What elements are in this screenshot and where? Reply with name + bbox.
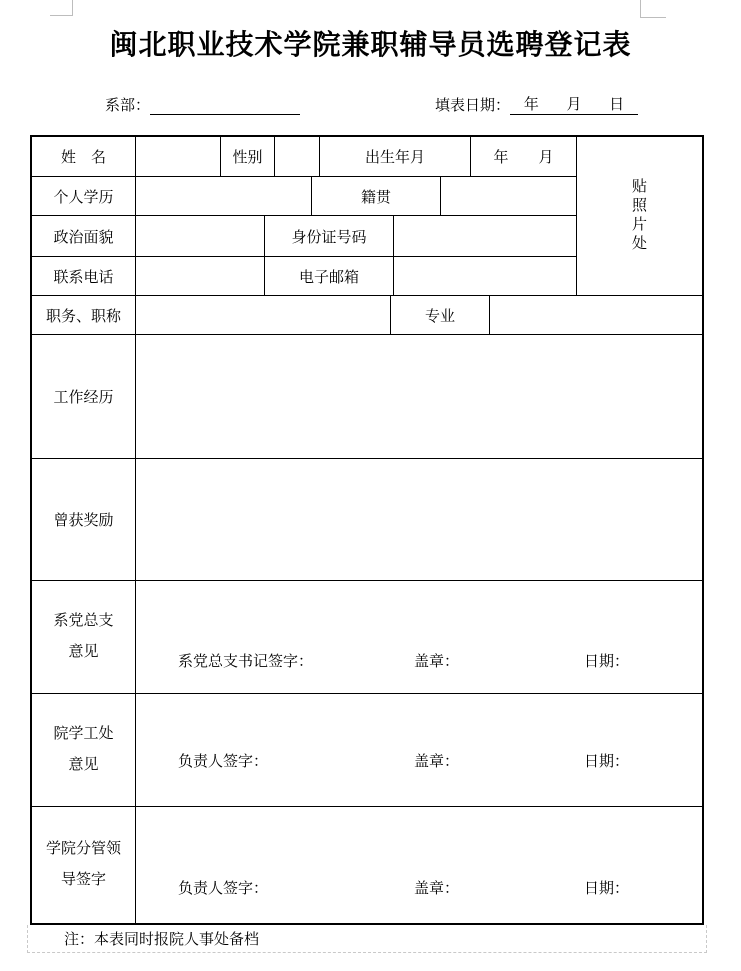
college-leader-sign-label-cell: 学院分管领 导签字 bbox=[32, 807, 135, 923]
id-number-input-cell[interactable] bbox=[393, 216, 576, 256]
page-margin-mark-left bbox=[50, 0, 73, 16]
page: { "title": "闽北职业技术学院兼职辅导员选聘登记表", "header… bbox=[0, 0, 741, 971]
gender-label: 性别 bbox=[220, 137, 274, 176]
form-table: 姓 名 性别 出生年月 年 月 个人学历 籍贯 政治面貌 bbox=[30, 135, 704, 925]
position-title-label: 职务、职称 bbox=[32, 296, 135, 334]
college-leader-sign-cell[interactable]: 负责人签字： 盖章： 日期： bbox=[135, 807, 702, 923]
college-leader-seal-label: 盖章： bbox=[414, 877, 459, 898]
college-leader-date-label: 日期： bbox=[584, 877, 629, 898]
form-header: 系部： 填表日期： 年 月 日 bbox=[0, 94, 741, 118]
dept-party-opinion-label: 系党总支 意见 bbox=[32, 581, 135, 693]
education-input-cell[interactable] bbox=[135, 177, 311, 215]
work-history-input-cell[interactable] bbox=[135, 335, 702, 458]
day-unit-label: 日 bbox=[609, 93, 624, 114]
education-label: 个人学历 bbox=[32, 177, 135, 215]
birth-label: 出生年月 bbox=[319, 137, 470, 176]
hometown-label: 籍贯 bbox=[311, 177, 440, 215]
political-status-label: 政治面貌 bbox=[32, 216, 135, 256]
fill-date-label: 填表日期： bbox=[435, 94, 510, 115]
gender-input-cell[interactable] bbox=[274, 137, 319, 176]
college-leader-sign-label: 负责人签字： bbox=[178, 877, 268, 898]
birth-year-unit: 年 bbox=[493, 146, 508, 167]
department-blank-field[interactable] bbox=[150, 94, 300, 115]
birth-input-cell[interactable]: 年 月 bbox=[470, 137, 576, 176]
email-input-cell[interactable] bbox=[393, 257, 576, 295]
major-label: 专业 bbox=[390, 296, 489, 334]
awards-input-cell[interactable] bbox=[135, 459, 702, 580]
form-title: 闽北职业技术学院兼职辅导员选聘登记表 bbox=[0, 26, 741, 66]
department-label: 系部： bbox=[105, 94, 150, 115]
student-affairs-opinion-cell[interactable]: 负责人签字： 盖章： 日期： bbox=[135, 694, 702, 806]
name-label: 姓 名 bbox=[32, 137, 135, 176]
dept-party-sign-label: 系党总支书记签字： bbox=[178, 650, 313, 671]
fill-date-blank-field[interactable]: 年 月 日 bbox=[510, 94, 638, 115]
name-input-cell[interactable] bbox=[135, 137, 220, 176]
id-number-label: 身份证号码 bbox=[264, 216, 393, 256]
phone-label: 联系电话 bbox=[32, 257, 135, 295]
student-affairs-opinion-label: 院学工处 意见 bbox=[32, 694, 135, 806]
dept-party-seal-label: 盖章： bbox=[414, 650, 459, 671]
work-history-label: 工作经历 bbox=[32, 335, 135, 458]
birth-month-unit: 月 bbox=[539, 146, 554, 167]
dept-party-date-label: 日期： bbox=[584, 650, 629, 671]
political-status-input-cell[interactable] bbox=[135, 216, 264, 256]
note-text: 注：本表同时报院人事处备档 bbox=[64, 928, 259, 949]
awards-label: 曾获奖励 bbox=[32, 459, 135, 580]
photo-area[interactable]: 贴 照 片 处 bbox=[576, 137, 702, 295]
dept-party-opinion-cell[interactable]: 系党总支书记签字： 盖章： 日期： bbox=[135, 581, 702, 693]
major-input-cell[interactable] bbox=[489, 296, 702, 334]
hometown-input-cell[interactable] bbox=[440, 177, 576, 215]
year-unit-label: 年 bbox=[524, 93, 539, 114]
month-unit-label: 月 bbox=[566, 93, 581, 114]
email-label: 电子邮箱 bbox=[264, 257, 393, 295]
student-affairs-sign-label: 负责人签字： bbox=[178, 750, 268, 771]
position-title-input-cell[interactable] bbox=[135, 296, 390, 334]
student-affairs-seal-label: 盖章： bbox=[414, 750, 459, 771]
page-margin-mark-right bbox=[640, 0, 666, 18]
phone-input-cell[interactable] bbox=[135, 257, 264, 295]
student-affairs-date-label: 日期： bbox=[584, 750, 629, 771]
photo-area-label: 贴 照 片 处 bbox=[632, 178, 647, 254]
note-box: 注：本表同时报院人事处备档 bbox=[27, 925, 707, 953]
